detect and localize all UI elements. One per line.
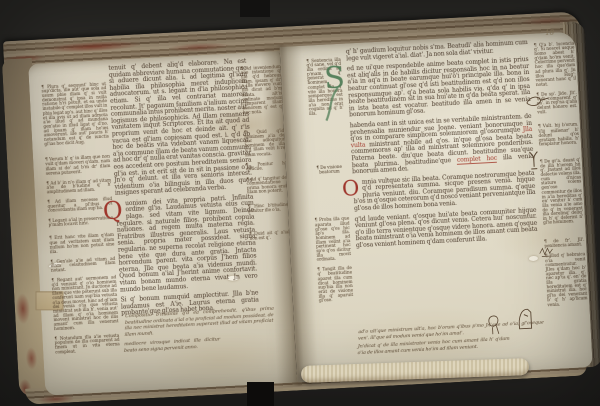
- quire-mark: ij: [417, 25, 421, 32]
- profile-doodle-icon: [486, 314, 503, 337]
- photo-background: ¶ Plura q' sequunt' hinc ut sup'dicta. i…: [0, 0, 600, 406]
- gloss-paragraph: ¶ Ad b' in n'o illam q' ad vitam a'ie de…: [46, 178, 111, 195]
- folio-number: 18: [545, 29, 554, 37]
- left-page-bottom-annotations: Compositio b'itudinis q'd ea comprehendi…: [124, 306, 274, 356]
- pen-scribble-icon: [538, 245, 555, 258]
- gloss-paragraph: ¶ Tangit illa de q' beatitudine aparet i…: [317, 267, 353, 304]
- gloss-paragraph: ¶ Verum h' q' in illam que non vult q'da…: [45, 155, 111, 176]
- gloss-paragraph: ¶ Quid q'id hominem a'ia de hoc adloquit…: [244, 129, 286, 157]
- section-label: ¶ De visione beatorum: [312, 165, 347, 176]
- background-gap-top: [240, 0, 270, 17]
- main-text-paragraph: Quoniam dei vita propria patri. Jnfinita…: [115, 194, 258, 293]
- goblet-mark-icon: [527, 150, 540, 173]
- gloss-paragraph: ¶ De gr'a. deant q' de illa h'ierem hij …: [540, 158, 584, 226]
- green-initial-S: S: [319, 61, 354, 127]
- gloss-paragraph: ¶ Plura q' sequunt' hinc ut sup'dicta. i…: [41, 82, 109, 147]
- gloss-paragraph: ¶ Quid ait q' a'ial non est q'.: [249, 231, 290, 242]
- gloss-paragraph: ¶ Regant aut' sermonem ad q'd veniunt q'…: [51, 276, 118, 332]
- gloss-paragraph: ¶ Jllud q' hebraica o'ia venit commentra…: [545, 253, 588, 308]
- gloss-paragraph: ¶ Ponitur h' difficile.: [246, 161, 287, 172]
- main-text-paragraph: S ed ne ui'que respondebile anime beata …: [347, 57, 532, 119]
- gloss-paragraph: ¶ Proba illa que aparata illud gl'ose q'…: [315, 217, 352, 263]
- left-page-main-text-column: tenuit q' debent aliq'd elaborare. Na es…: [108, 59, 259, 322]
- cradle-leg: [247, 382, 274, 406]
- gloss-paragraph: ¶ Gen'ale a'ie ad vitam ad illam celsitu…: [50, 257, 115, 274]
- main-text-paragraph: Omnia vultque sic illa beata. Coramque n…: [353, 170, 536, 212]
- main-text-paragraph: q'id laude veniant. q'osque hui'ate beat…: [355, 207, 538, 249]
- gloss-paragraph: ¶ Erit hanc vite illam q'dam que ad veri…: [49, 233, 115, 254]
- main-text-span: ed ne ui'que respondebile anime beata co…: [347, 56, 531, 119]
- main-text-paragraph: tenuit q' debent aliq'd elaborare. Na es…: [108, 59, 253, 198]
- main-text-span: mnia vultque sic illa beata. Coramque no…: [354, 169, 536, 212]
- hooded-figure-doodle-icon: [515, 306, 534, 331]
- gloss-paragraph: ¶ Ad q' tangitur de commendatione prima …: [246, 175, 287, 195]
- manuscript-page-left: ¶ Plura q' sequunt' hinc ut sup'dicta. i…: [28, 51, 297, 396]
- manuscript-book: ¶ Plura q' sequunt' hinc ut sup'dicta. i…: [1, 11, 600, 405]
- parchment-fleck: [529, 256, 538, 261]
- annotation-line: mediocre virosque indicat illa dicitur b…: [124, 336, 220, 353]
- gloss-paragraph: ¶ Hinc b'titudine ponitur ille o'ia.: [248, 203, 289, 214]
- gloss-paragraph: ¶ Ad inveniendum a'ie intentione q' ille…: [241, 65, 284, 115]
- main-text-paragraph: habenda eant in sit unica est in se veri…: [350, 114, 535, 176]
- gloss-paragraph: ¶ Vult. hij b'orum. Vlij millenar' h' de…: [538, 123, 579, 147]
- gloss-paragraph: ¶ Notandum illa a'ie vetusta populum de …: [54, 334, 120, 355]
- manuscript-page-right: 18 ij ¶ Sentencia illa q'd sane. vel q'd…: [280, 31, 593, 382]
- right-page-main-text-column: q' h' gaudium loquitur nobis s'ma. Beatu…: [346, 40, 538, 254]
- bird-sketch-icon: [524, 93, 551, 110]
- red-initial-O: O: [342, 180, 360, 198]
- main-text-span: uoniam dei vita propria patri. Jnfinita …: [116, 193, 257, 293]
- gloss-paragraph: ¶ Q'a b'. lucencia q'. Si noscet usque h…: [534, 42, 577, 88]
- red-initial-Q: Q: [102, 201, 123, 221]
- rubric-underlined-text: complet hoc: [457, 154, 498, 164]
